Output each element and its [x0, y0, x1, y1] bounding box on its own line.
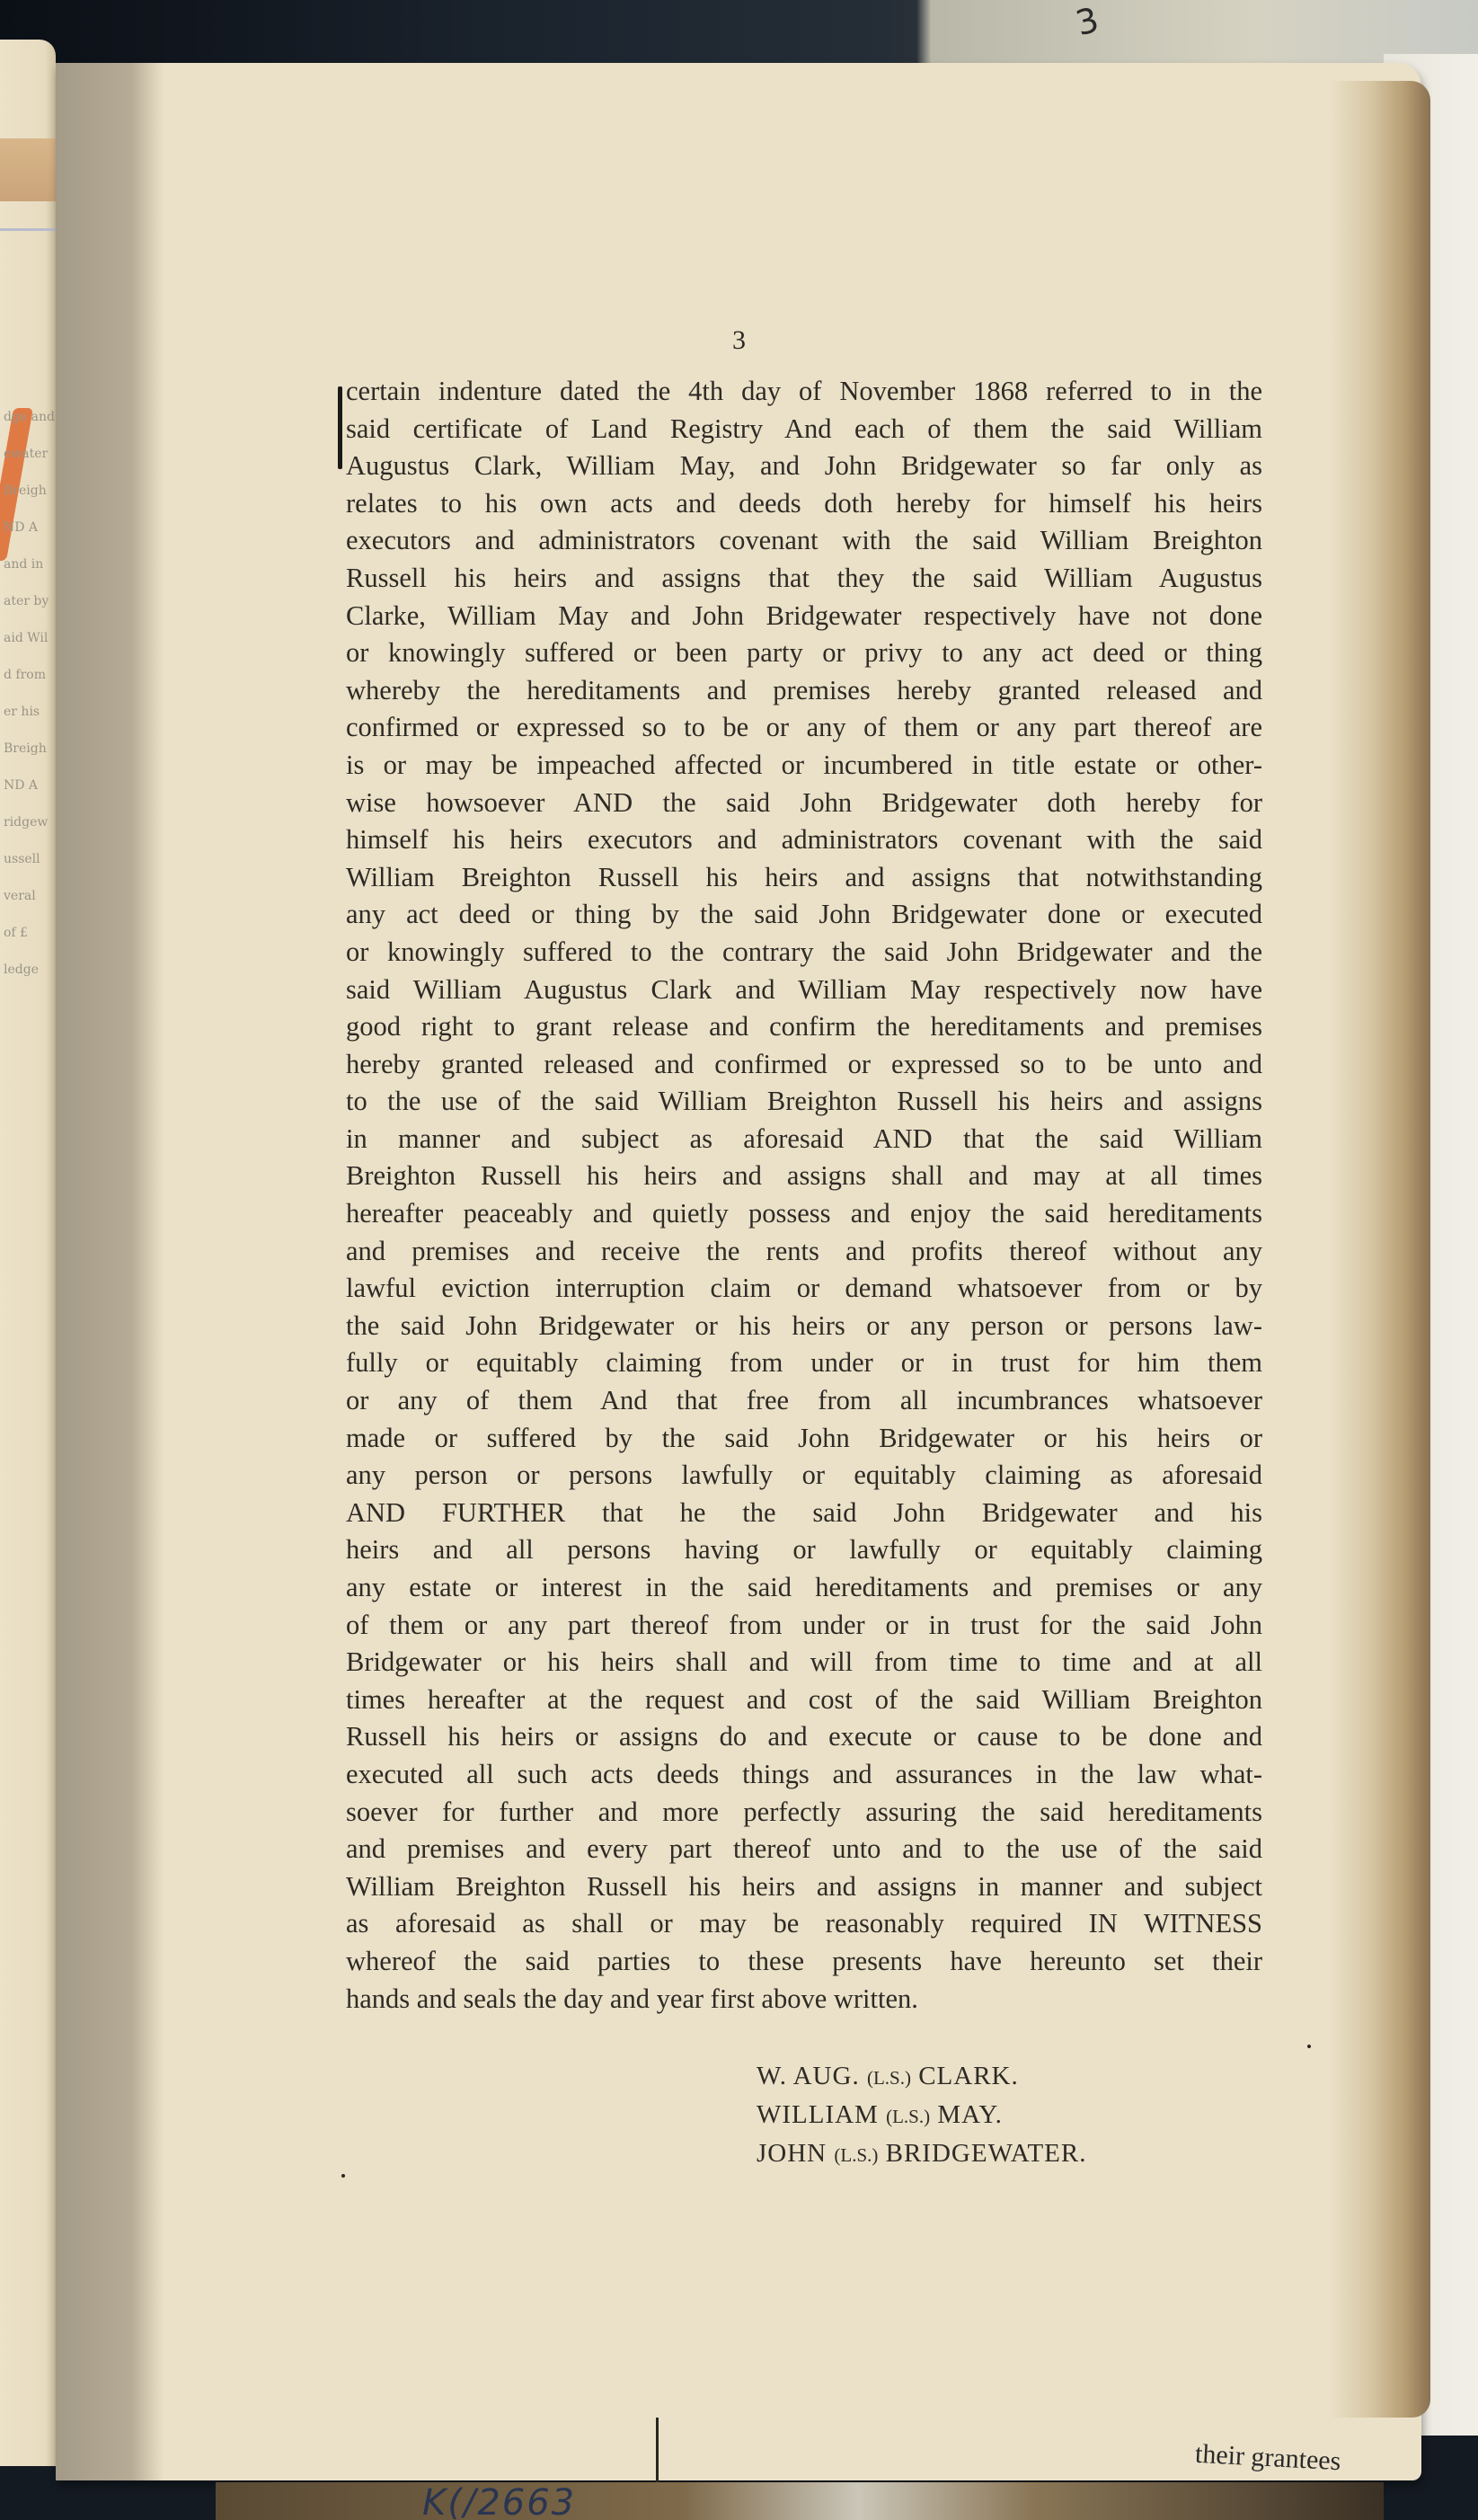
signature-line: W. AUG. (L.S.) CLARK.: [757, 2058, 1086, 2097]
text-line: or knowingly suffered to the contrary th…: [346, 934, 1262, 972]
text-line: certain indenture dated the 4th day of N…: [346, 373, 1262, 411]
text-line: himself his heirs executors and administ…: [346, 821, 1262, 859]
seal-mark: (L.S.): [867, 2067, 911, 2089]
signatory-first-name: JOHN: [757, 2139, 827, 2168]
text-line: hereby granted released and confirmed or…: [346, 1046, 1262, 1084]
text-line: Breighton Russell his heirs and assigns …: [346, 1158, 1262, 1195]
seal-mark: (L.S.): [834, 2144, 878, 2166]
bleed-line: ND A: [4, 768, 56, 804]
catalog-number: K(/2663: [422, 2482, 576, 2520]
ruled-line: [0, 228, 56, 231]
text-line: any act deed or thing by the said John B…: [346, 896, 1262, 934]
text-line: wise howsoever AND the said John Bridgew…: [346, 785, 1262, 822]
text-line: Bridgewater or his heirs shall and will …: [346, 1644, 1262, 1681]
text-line: executed all such acts deeds things and …: [346, 1756, 1262, 1794]
paper-stain: [0, 138, 56, 201]
bottom-backdrop: [216, 2482, 1384, 2520]
text-line: any estate or interest in the said hered…: [346, 1569, 1262, 1607]
text-line: Augustus Clark, William May, and John Br…: [346, 448, 1262, 485]
text-line: hereafter peaceably and quietly possess …: [346, 1195, 1262, 1233]
signature-line: WILLIAM (L.S.) MAY.: [757, 2097, 1086, 2135]
text-line: heirs and all persons having or lawfully…: [346, 1531, 1262, 1569]
bleed-line: aid Wil: [4, 620, 56, 657]
bleed-line: veral: [4, 878, 56, 915]
page-edge: [1330, 81, 1430, 2418]
text-line: whereof the said parties to these presen…: [346, 1943, 1262, 1981]
text-line: and premises and receive the rents and p…: [346, 1233, 1262, 1271]
signatory-first-name: WILLIAM: [757, 2100, 879, 2129]
deed-body: certain indenture dated the 4th day of N…: [346, 373, 1262, 2018]
left-page-text: dge andewaterBreighND Aand inater byaid …: [4, 399, 56, 989]
text-line: is or may be impeached affected or incum…: [346, 747, 1262, 785]
page-number: 3: [0, 325, 1478, 356]
left-facing-page: dge andewaterBreighND Aand inater byaid …: [0, 40, 56, 2466]
seal-mark: (L.S.): [886, 2106, 930, 2127]
text-line: Clarke, William May and John Bridgewater…: [346, 598, 1262, 635]
text-line: Russell his heirs or assigns do and exec…: [346, 1718, 1262, 1756]
text-line: relates to his own acts and deeds doth h…: [346, 485, 1262, 523]
signatory-first-name: W. AUG.: [757, 2062, 860, 2090]
text-line: of them or any part thereof from under o…: [346, 1607, 1262, 1645]
text-line: and premises and every part thereof unto…: [346, 1831, 1262, 1868]
page-tear: [656, 2418, 659, 2482]
text-line: made or suffered by the said John Bridge…: [346, 1420, 1262, 1458]
text-line: confirmed or expressed so to be or any o…: [346, 709, 1262, 747]
bleed-line: Breigh: [4, 731, 56, 768]
text-line: said certificate of Land Registry And ea…: [346, 411, 1262, 448]
text-line: AND FURTHER that he the said John Bridge…: [346, 1495, 1262, 1532]
bleed-line: dge and: [4, 399, 56, 436]
bleed-line: ewater: [4, 436, 56, 473]
text-line: soever for further and more perfectly as…: [346, 1794, 1262, 1832]
bleed-line: ledge: [4, 952, 56, 989]
bleed-line: ater by: [4, 583, 56, 620]
bleed-line: of £: [4, 915, 56, 952]
text-line: William Breighton Russell his heirs and …: [346, 859, 1262, 897]
text-line: lawful eviction interruption claim or de…: [346, 1270, 1262, 1308]
text-line: executors and administrators covenant wi…: [346, 522, 1262, 560]
text-line: Russell his heirs and assigns that they …: [346, 560, 1262, 598]
bleed-line: er his: [4, 694, 56, 731]
signature-block: W. AUG. (L.S.) CLARK.WILLIAM (L.S.) MAY.…: [757, 2058, 1086, 2174]
bleed-line: ND A: [4, 510, 56, 546]
bleed-line: ridgew: [4, 804, 56, 841]
text-line: any person or persons lawfully or equita…: [346, 1457, 1262, 1495]
ink-dot: [1307, 2045, 1311, 2048]
signatory-last-name: CLARK.: [918, 2062, 1019, 2090]
text-line: William Breighton Russell his heirs and …: [346, 1868, 1262, 1906]
background-top: [0, 0, 1478, 72]
text-line: said William Augustus Clark and William …: [346, 972, 1262, 1009]
text-line: or any of them And that free from all in…: [346, 1382, 1262, 1420]
gutter-shadow: [56, 63, 164, 2480]
text-line: to the use of the said William Breighton…: [346, 1083, 1262, 1121]
signatory-last-name: MAY.: [937, 2100, 1003, 2129]
margin-marker: [338, 386, 342, 469]
text-line: hands and seals the day and year first a…: [346, 1981, 1262, 2019]
bleed-line: d from: [4, 657, 56, 694]
bleed-line: ussell: [4, 841, 56, 878]
text-line: good right to grant release and confirm …: [346, 1008, 1262, 1046]
ink-dot: [341, 2174, 345, 2178]
text-line: fully or equitably claiming from under o…: [346, 1344, 1262, 1382]
text-line: in manner and subject as aforesaid AND t…: [346, 1121, 1262, 1158]
text-line: the said John Bridgewater or his heirs o…: [346, 1308, 1262, 1345]
text-line: or knowingly suffered or been party or p…: [346, 634, 1262, 672]
text-line: as aforesaid as shall or may be reasonab…: [346, 1905, 1262, 1943]
text-line: whereby the hereditaments and premises h…: [346, 672, 1262, 710]
signatory-last-name: BRIDGEWATER.: [886, 2139, 1087, 2168]
bleed-line: and in: [4, 546, 56, 583]
signature-line: JOHN (L.S.) BRIDGEWATER.: [757, 2135, 1086, 2174]
bleed-line: Breigh: [4, 473, 56, 510]
text-line: times hereafter at the request and cost …: [346, 1681, 1262, 1719]
